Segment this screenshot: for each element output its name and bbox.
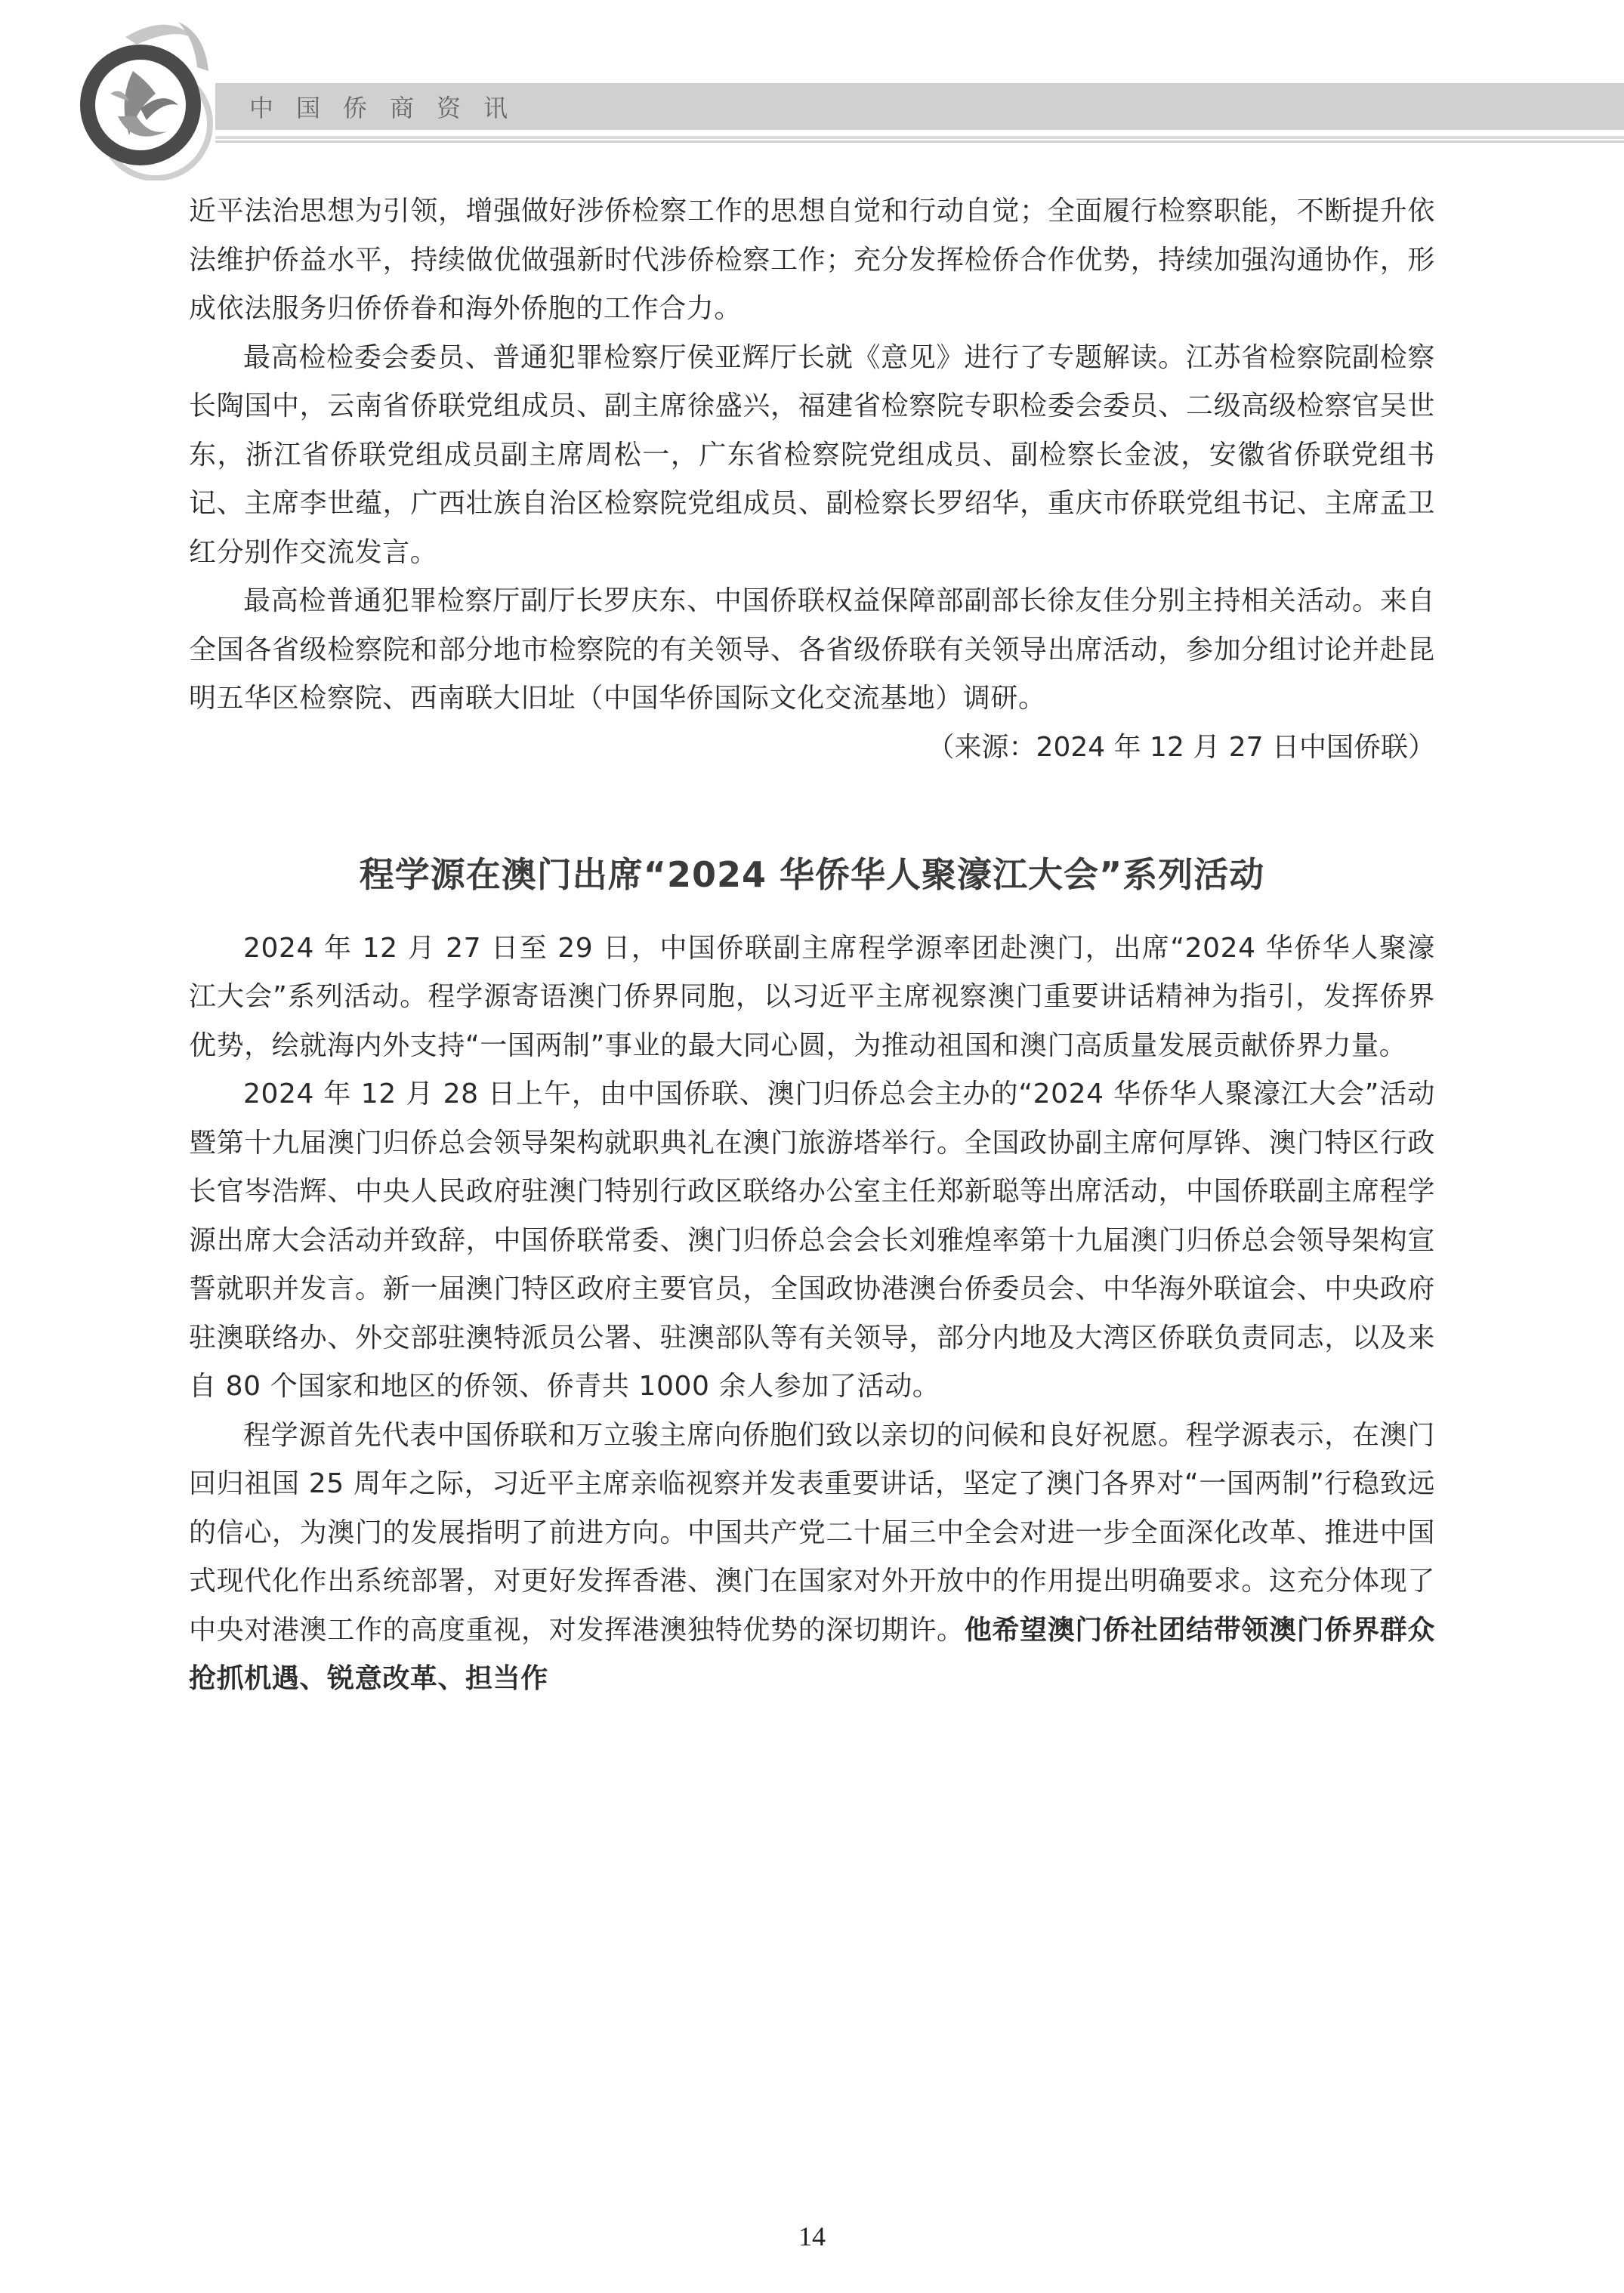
article1-paragraph-3: 最高检普通犯罪检察厅副厅长罗庆东、中国侨联权益保障部副部长徐友佳分别主持相关活动… xyxy=(189,577,1435,724)
org-emblem-icon xyxy=(65,11,239,181)
article2-paragraph-2: 2024 年 12 月 28 日上午，由中国侨联、澳门归侨总会主办的“2024 … xyxy=(189,1070,1435,1412)
page-header: 中国侨商资讯 xyxy=(0,0,1624,181)
article2-paragraph-3: 程学源首先代表中国侨联和万立骏主席向侨胞们致以亲切的问候和良好祝愿。程学源表示，… xyxy=(189,1412,1435,1704)
article2-paragraph-1: 2024 年 12 月 27 日至 29 日，中国侨联副主席程学源率团赴澳门，出… xyxy=(189,924,1435,1071)
article1-paragraph-1: 近平法治思想为引领，增强做好涉侨检察工作的思想自觉和行动自觉；全面履行检察职能，… xyxy=(189,187,1435,334)
publication-title: 中国侨商资讯 xyxy=(249,89,530,124)
header-divider xyxy=(215,136,1624,139)
header-divider-secondary xyxy=(215,140,1624,143)
article2-paragraph-3-text: 程学源首先代表中国侨联和万立骏主席向侨胞们致以亲切的问候和良好祝愿。程学源表示，… xyxy=(189,1420,1435,1646)
page-number: 14 xyxy=(0,2220,1624,2252)
article1-source: （来源：2024 年 12 月 27 日中国侨联） xyxy=(189,724,1435,772)
page-content: 近平法治思想为引领，增强做好涉侨检察工作的思想自觉和行动自觉；全面履行检察职能，… xyxy=(189,187,1435,1704)
article2-title: 程学源在澳门出席“2024 华侨华人聚濠江大会”系列活动 xyxy=(189,847,1435,897)
article1-paragraph-2: 最高检检委会委员、普通犯罪检察厅侯亚辉厅长就《意见》进行了专题解读。江苏省检察院… xyxy=(189,334,1435,578)
